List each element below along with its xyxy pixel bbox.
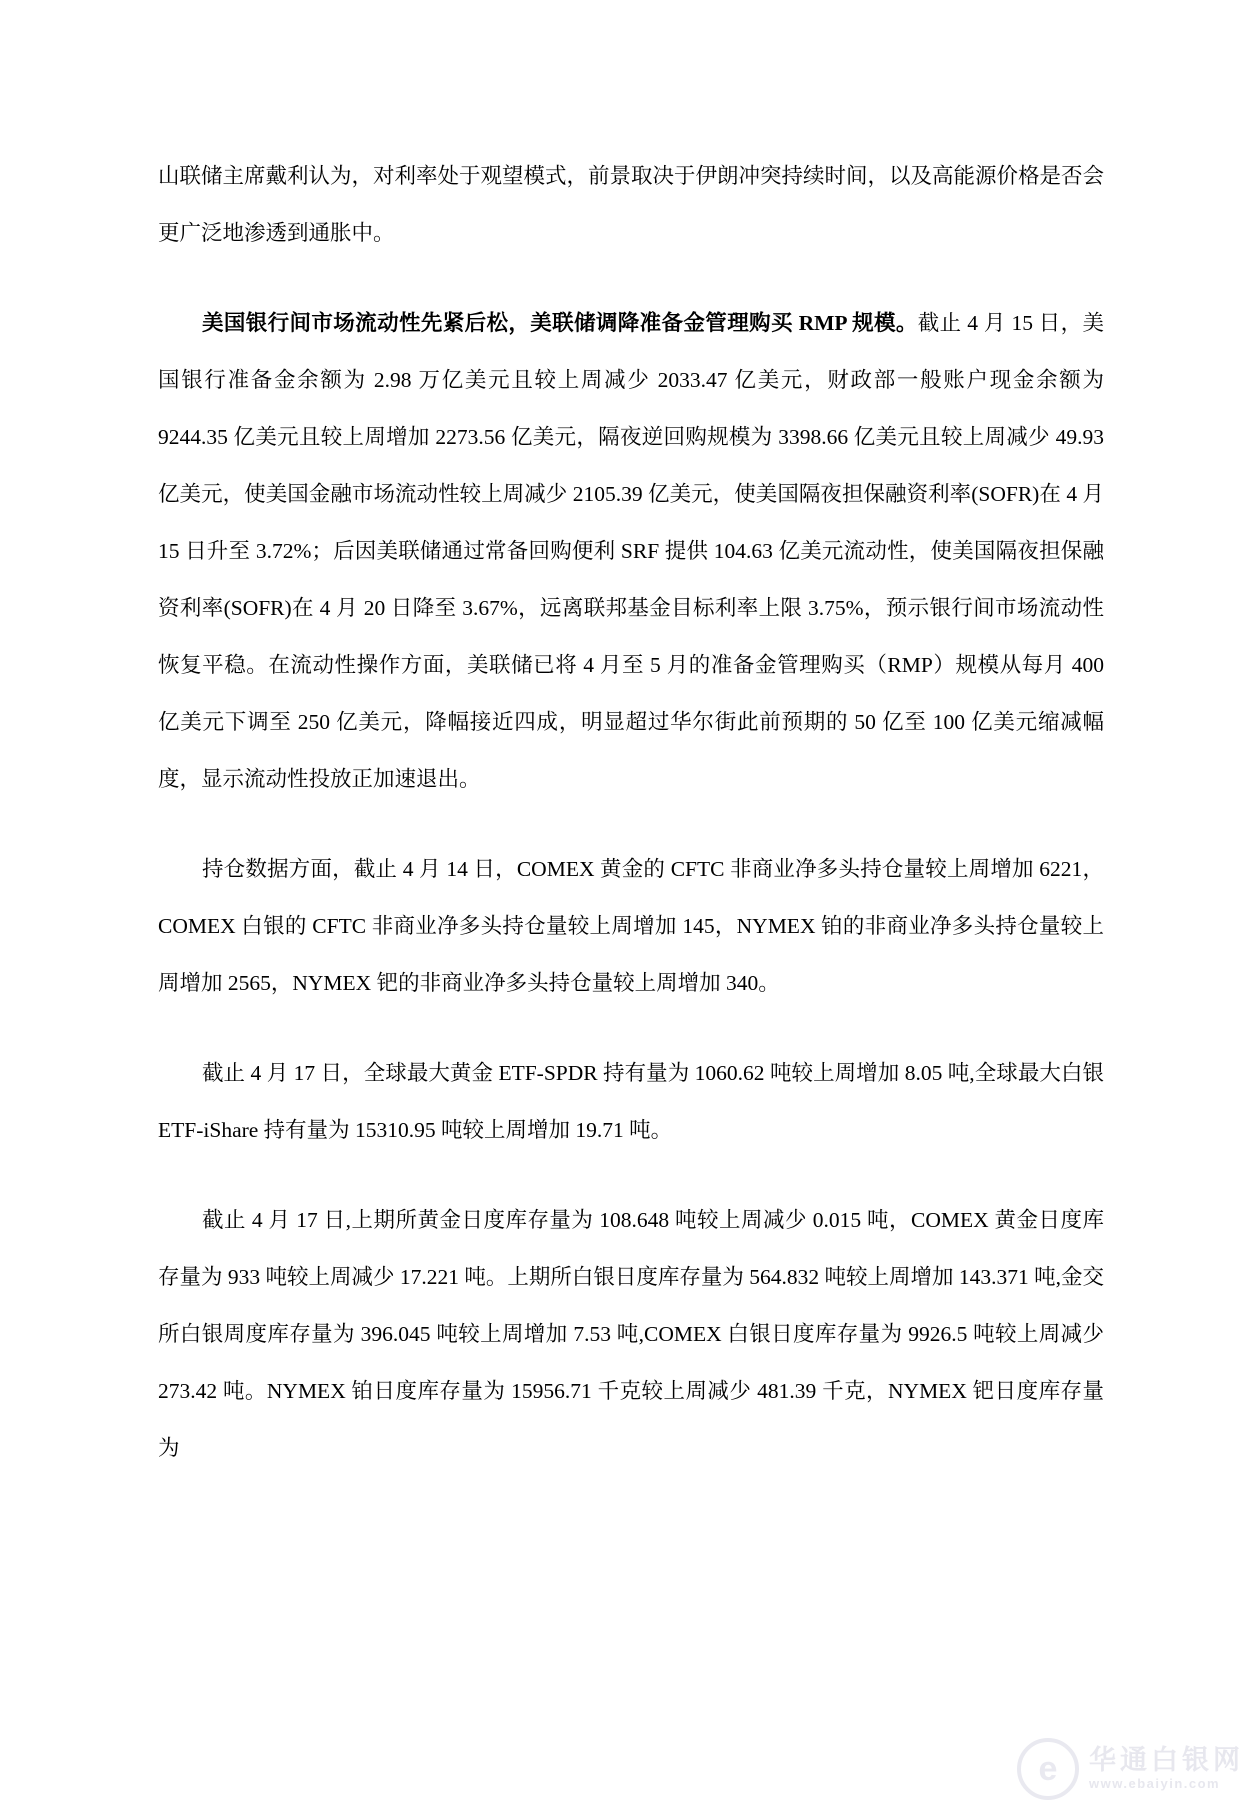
site-watermark: e 华通白银网 www.ebaiyin.com bbox=[1017, 1738, 1244, 1800]
paragraph-inventories: 截止 4 月 17 日,上期所黄金日度库存量为 108.648 吨较上周减少 0… bbox=[158, 1192, 1104, 1477]
logo-letter: e bbox=[1039, 1752, 1058, 1786]
ebaiyin-logo-icon: e bbox=[1017, 1738, 1079, 1800]
paragraph-text: 截止 4 月 15 日，美国银行准备金余额为 2.98 万亿美元且较上周减少 2… bbox=[158, 311, 1104, 791]
document-page: 山联储主席戴利认为，对利率处于观望模式，前景取决于伊朗冲突持续时间，以及高能源价… bbox=[0, 0, 1260, 1812]
watermark-site-url: www.ebaiyin.com bbox=[1089, 1776, 1244, 1792]
paragraph-text: 山联储主席戴利认为，对利率处于观望模式，前景取决于伊朗冲突持续时间，以及高能源价… bbox=[158, 164, 1104, 245]
paragraph-etf-holdings: 截止 4 月 17 日，全球最大黄金 ETF-SPDR 持有量为 1060.62… bbox=[158, 1045, 1104, 1159]
document-body: 山联储主席戴利认为，对利率处于观望模式，前景取决于伊朗冲突持续时间，以及高能源价… bbox=[158, 148, 1104, 1510]
paragraph-continuation: 山联储主席戴利认为，对利率处于观望模式，前景取决于伊朗冲突持续时间，以及高能源价… bbox=[158, 148, 1104, 262]
paragraph-liquidity: 美国银行间市场流动性先紧后松，美联储调降准备金管理购买 RMP 规模。截止 4 … bbox=[158, 295, 1104, 808]
watermark-site-name: 华通白银网 bbox=[1089, 1746, 1244, 1776]
paragraph-bold-lead: 美国银行间市场流动性先紧后松，美联储调降准备金管理购买 RMP 规模。 bbox=[202, 311, 918, 335]
watermark-text: 华通白银网 www.ebaiyin.com bbox=[1089, 1746, 1244, 1791]
paragraph-text: 截止 4 月 17 日，全球最大黄金 ETF-SPDR 持有量为 1060.62… bbox=[158, 1061, 1104, 1142]
paragraph-text: 持仓数据方面，截止 4 月 14 日，COMEX 黄金的 CFTC 非商业净多头… bbox=[158, 857, 1104, 995]
paragraph-text: 截止 4 月 17 日,上期所黄金日度库存量为 108.648 吨较上周减少 0… bbox=[158, 1208, 1104, 1460]
paragraph-positions: 持仓数据方面，截止 4 月 14 日，COMEX 黄金的 CFTC 非商业净多头… bbox=[158, 841, 1104, 1012]
